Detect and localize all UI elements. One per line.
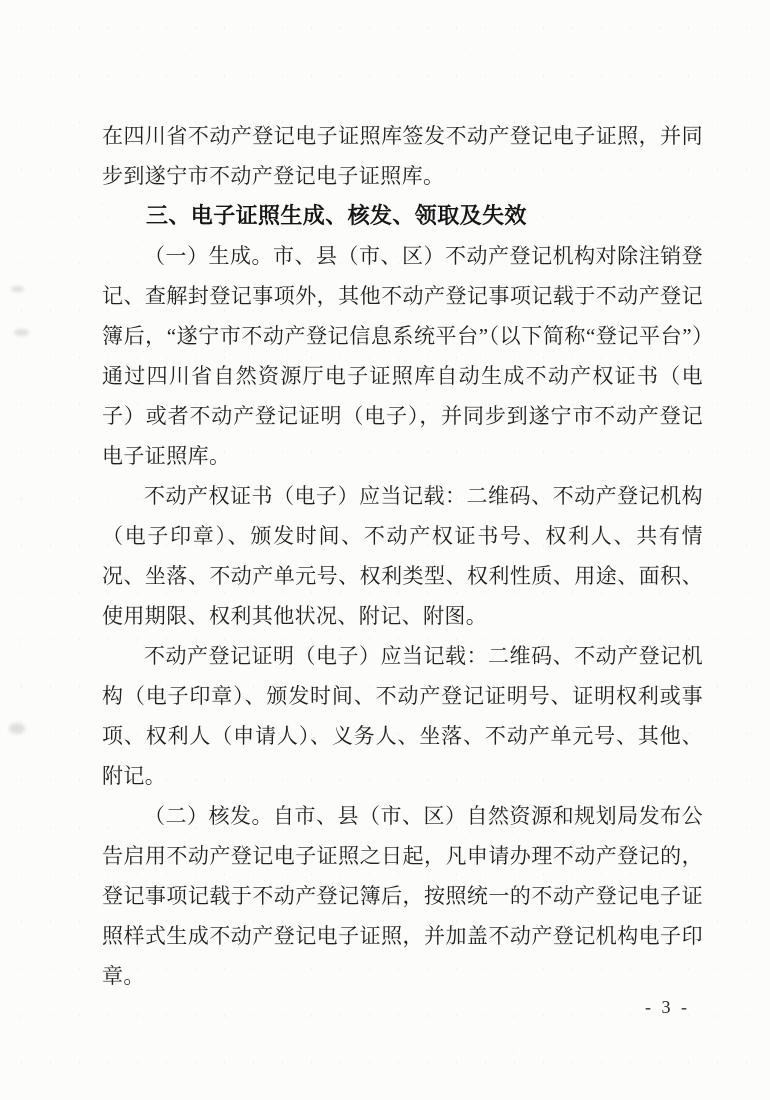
document-body: 在四川省不动产登记电子证照库签发不动产登记电子证照，并同步到遂宁市不动产登记电子…	[102, 116, 703, 996]
paragraph: 在四川省不动产登记电子证照库签发不动产登记电子证照，并同步到遂宁市不动产登记电子…	[102, 116, 703, 196]
paragraph: 不动产权证书（电子）应当记载：二维码、不动产登记机构（电子印章）、颁发时间、不动…	[102, 476, 703, 636]
paragraph: （一）生成。市、县（市、区）不动产登记机构对除注销登记、查解封登记事项外，其他不…	[102, 236, 703, 476]
page-number: - 3 -	[645, 995, 690, 1019]
scanned-document-page: { "theme": { "paper_color": "#fcfcfa", "…	[0, 0, 770, 1100]
section-heading: 三、电子证照生成、核发、领取及失效	[102, 196, 703, 236]
scan-artifact	[9, 723, 25, 734]
scan-artifact	[14, 329, 29, 336]
paragraph: 不动产登记证明（电子）应当记载：二维码、不动产登记机构（电子印章）、颁发时间、不…	[102, 636, 703, 796]
scan-artifact	[11, 286, 24, 292]
paragraph: （二）核发。自市、县（市、区）自然资源和规划局发布公告启用不动产登记电子证照之日…	[102, 796, 703, 996]
